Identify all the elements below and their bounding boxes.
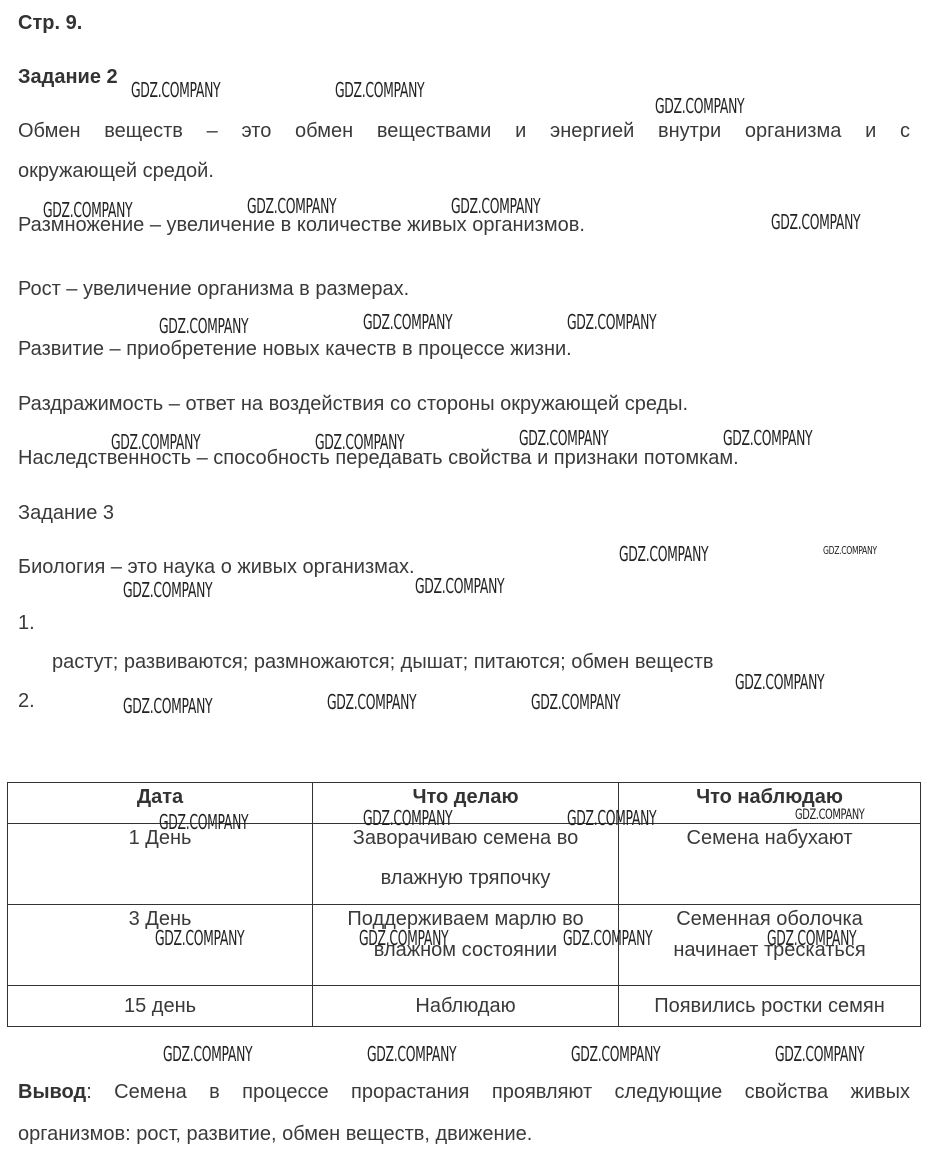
- task3-title: Задание 3: [18, 502, 114, 525]
- watermark: GDZ.COMPANY: [531, 692, 620, 712]
- watermark: GDZ.COMPANY: [315, 432, 404, 452]
- watermark: GDZ.COMPANY: [159, 812, 248, 832]
- watermark: GDZ.COMPANY: [247, 196, 336, 216]
- conclusion-label: Вывод: [18, 1081, 86, 1103]
- watermark: GDZ.COMPANY: [735, 672, 824, 692]
- watermark: GDZ.COMPANY: [367, 1044, 456, 1064]
- watermark: GDZ.COMPANY: [567, 808, 656, 828]
- watermark: GDZ.COMPANY: [519, 428, 608, 448]
- cell-observation: Семена набухают: [619, 824, 921, 905]
- conclusion-text1: Семена в процессе прорастания проявляют …: [92, 1081, 910, 1103]
- watermark: GDZ.COMPANY: [723, 428, 812, 448]
- definition-metabolism-line2: окружающей средой.: [18, 160, 214, 183]
- watermark: GDZ.COMPANY: [451, 196, 540, 216]
- biology-definition: Биология – это наука о живых организмах.: [18, 556, 415, 579]
- watermark: GDZ.COMPANY: [567, 312, 656, 332]
- watermark: GDZ.COMPANY: [131, 80, 220, 100]
- header-observation: Что наблюдаю: [619, 783, 921, 824]
- conclusion-line1: Вывод: Семена в процессе прорастания про…: [18, 1081, 910, 1104]
- cell-observation: Появились ростки семян: [619, 986, 921, 1027]
- cell-date: 1 День: [8, 824, 313, 905]
- watermark: GDZ.COMPANY: [619, 544, 708, 564]
- watermark: GDZ.COMPANY: [563, 928, 652, 948]
- task2-title: Задание 2: [18, 66, 118, 89]
- watermark: GDZ.COMPANY: [111, 432, 200, 452]
- watermark: GDZ.COMPANY: [415, 576, 504, 596]
- definition-growth: Рост – увеличение организма в размерах.: [18, 278, 409, 301]
- watermark: GDZ.COMPANY: [775, 1044, 864, 1064]
- definition-development: Развитие – приобретение новых качеств в …: [18, 338, 572, 361]
- watermark: GDZ.COMPANY: [771, 212, 860, 232]
- table-row: 1 День Заворачиваю семена во влажную тря…: [8, 824, 921, 905]
- page-ref: Стр. 9.: [18, 12, 82, 35]
- definition-metabolism-line1: Обмен веществ – это обмен веществами и э…: [18, 120, 910, 143]
- item1-number: 1.: [18, 612, 35, 635]
- watermark: GDZ.COMPANY: [655, 96, 744, 116]
- watermark: GDZ.COMPANY: [359, 928, 448, 948]
- watermark: GDZ.COMPANY: [795, 808, 864, 822]
- definition-irritability: Раздражимость – ответ на воздействия со …: [18, 393, 688, 416]
- watermark: GDZ.COMPANY: [363, 312, 452, 332]
- observation-table: Дата Что делаю Что наблюдаю 1 День Завор…: [7, 782, 921, 1027]
- watermark: GDZ.COMPANY: [363, 808, 452, 828]
- watermark: GDZ.COMPANY: [159, 316, 248, 336]
- watermark: GDZ.COMPANY: [155, 928, 244, 948]
- table-row: 15 день Наблюдаю Появились ростки семян: [8, 986, 921, 1027]
- watermark: GDZ.COMPANY: [43, 200, 132, 220]
- watermark: GDZ.COMPANY: [163, 1044, 252, 1064]
- watermark: GDZ.COMPANY: [335, 80, 424, 100]
- watermark: GDZ.COMPANY: [123, 696, 212, 716]
- item2-number: 2.: [18, 690, 35, 713]
- table-header-row: Дата Что делаю Что наблюдаю: [8, 783, 921, 824]
- cell-action: Заворачиваю семена во влажную тряпочку: [313, 824, 619, 905]
- cell-date: 15 день: [8, 986, 313, 1027]
- watermark: GDZ.COMPANY: [123, 580, 212, 600]
- watermark: GDZ.COMPANY: [767, 928, 856, 948]
- item1-text: растут; развиваются; размножаются; дышат…: [52, 651, 714, 674]
- cell-action: Наблюдаю: [313, 986, 619, 1027]
- conclusion-line2: организмов: рост, развитие, обмен вещест…: [18, 1123, 532, 1146]
- watermark: GDZ.COMPANY: [571, 1044, 660, 1064]
- watermark: GDZ.COMPANY: [327, 692, 416, 712]
- watermark: GDZ.COMPANY: [823, 545, 877, 556]
